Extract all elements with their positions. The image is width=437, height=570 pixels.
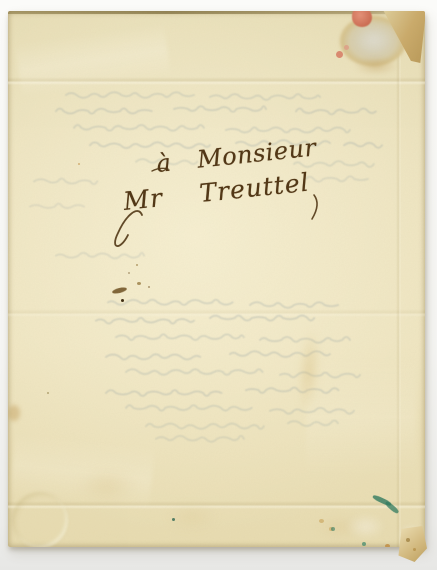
ink-flourishes bbox=[8, 11, 425, 547]
ink-spots bbox=[385, 544, 390, 547]
ink-spots bbox=[47, 392, 49, 394]
ink-spots bbox=[128, 272, 130, 274]
photo-background: à Monsieur Mr Treuttel bbox=[0, 0, 437, 570]
green-ink-marks bbox=[172, 518, 175, 521]
ink-spots bbox=[137, 282, 141, 285]
ink-spots bbox=[121, 299, 124, 302]
ink-spots bbox=[136, 264, 138, 266]
ink-spots bbox=[413, 548, 416, 551]
green-ink-marks bbox=[331, 527, 335, 531]
ink-spots bbox=[148, 286, 150, 288]
letter-sheet: à Monsieur Mr Treuttel bbox=[8, 11, 425, 547]
embossed-stamp bbox=[12, 492, 68, 547]
ink-spots bbox=[406, 538, 410, 542]
ink-spots bbox=[78, 163, 80, 165]
green-ink-marks bbox=[362, 542, 366, 546]
